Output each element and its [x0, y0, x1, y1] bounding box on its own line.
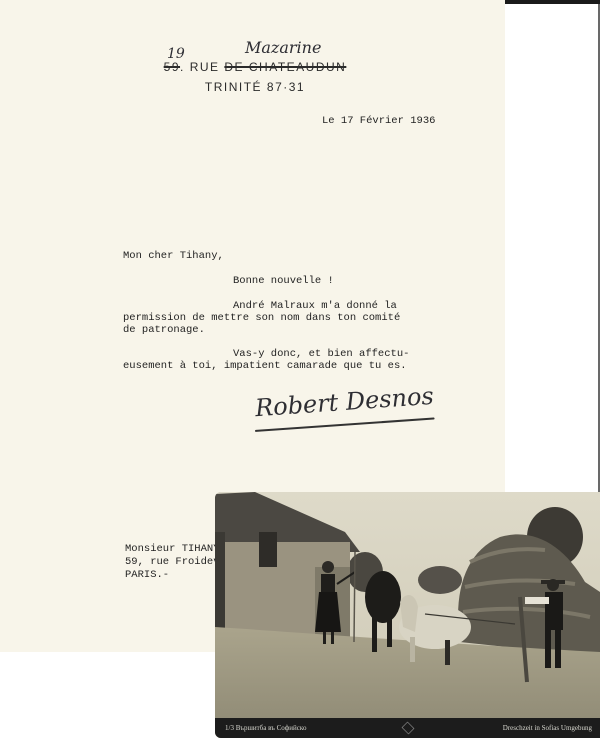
paragraph-3-line-1: Vas-y donc, et bien affectu-	[233, 348, 409, 360]
paragraph-2-line-1: André Malraux m'a donné la	[233, 300, 397, 312]
signature: Robert Desnos	[254, 382, 434, 422]
paragraph-1: Bonne nouvelle !	[233, 275, 334, 287]
struck-number: 59	[164, 60, 180, 74]
recipient-name: Monsieur TIHANY	[125, 543, 220, 555]
recipient-street: 59, rue Froidev	[125, 556, 220, 568]
paragraph-2-line-3: de patronage.	[123, 324, 205, 336]
struck-street: DE CHATEAUDUN	[224, 60, 346, 74]
threshing-scene-image	[215, 492, 600, 738]
back-sheet-edge	[505, 0, 600, 4]
letter-date: Le 17 Février 1936	[322, 115, 435, 127]
paragraph-2-line-2: permission de mettre son nom dans ton co…	[123, 312, 400, 324]
salutation: Mon cher Tihany,	[123, 250, 224, 262]
street-prefix: . RUE	[180, 60, 224, 74]
letterhead-address: 59. RUE DE CHATEAUDUN	[145, 60, 365, 74]
paragraph-3-line-2: eusement à toi, impatient camarade que t…	[123, 360, 407, 372]
postcard-photo: 1/3 Вършитба въ Софийско Dreschzeit in S…	[215, 492, 600, 738]
publisher-logo-icon	[402, 722, 415, 735]
letterhead-phone: TRINITÉ 87·31	[145, 80, 365, 94]
photo-caption-bar: 1/3 Вършитба въ Софийско Dreschzeit in S…	[215, 718, 600, 738]
caption-right: Dreschzeit in Sofias Umgebung	[503, 724, 592, 732]
recipient-city: PARIS.-	[125, 569, 169, 581]
handwritten-street: Mazarine	[245, 38, 321, 57]
caption-left: 1/3 Вършитба въ Софийско	[225, 724, 306, 732]
